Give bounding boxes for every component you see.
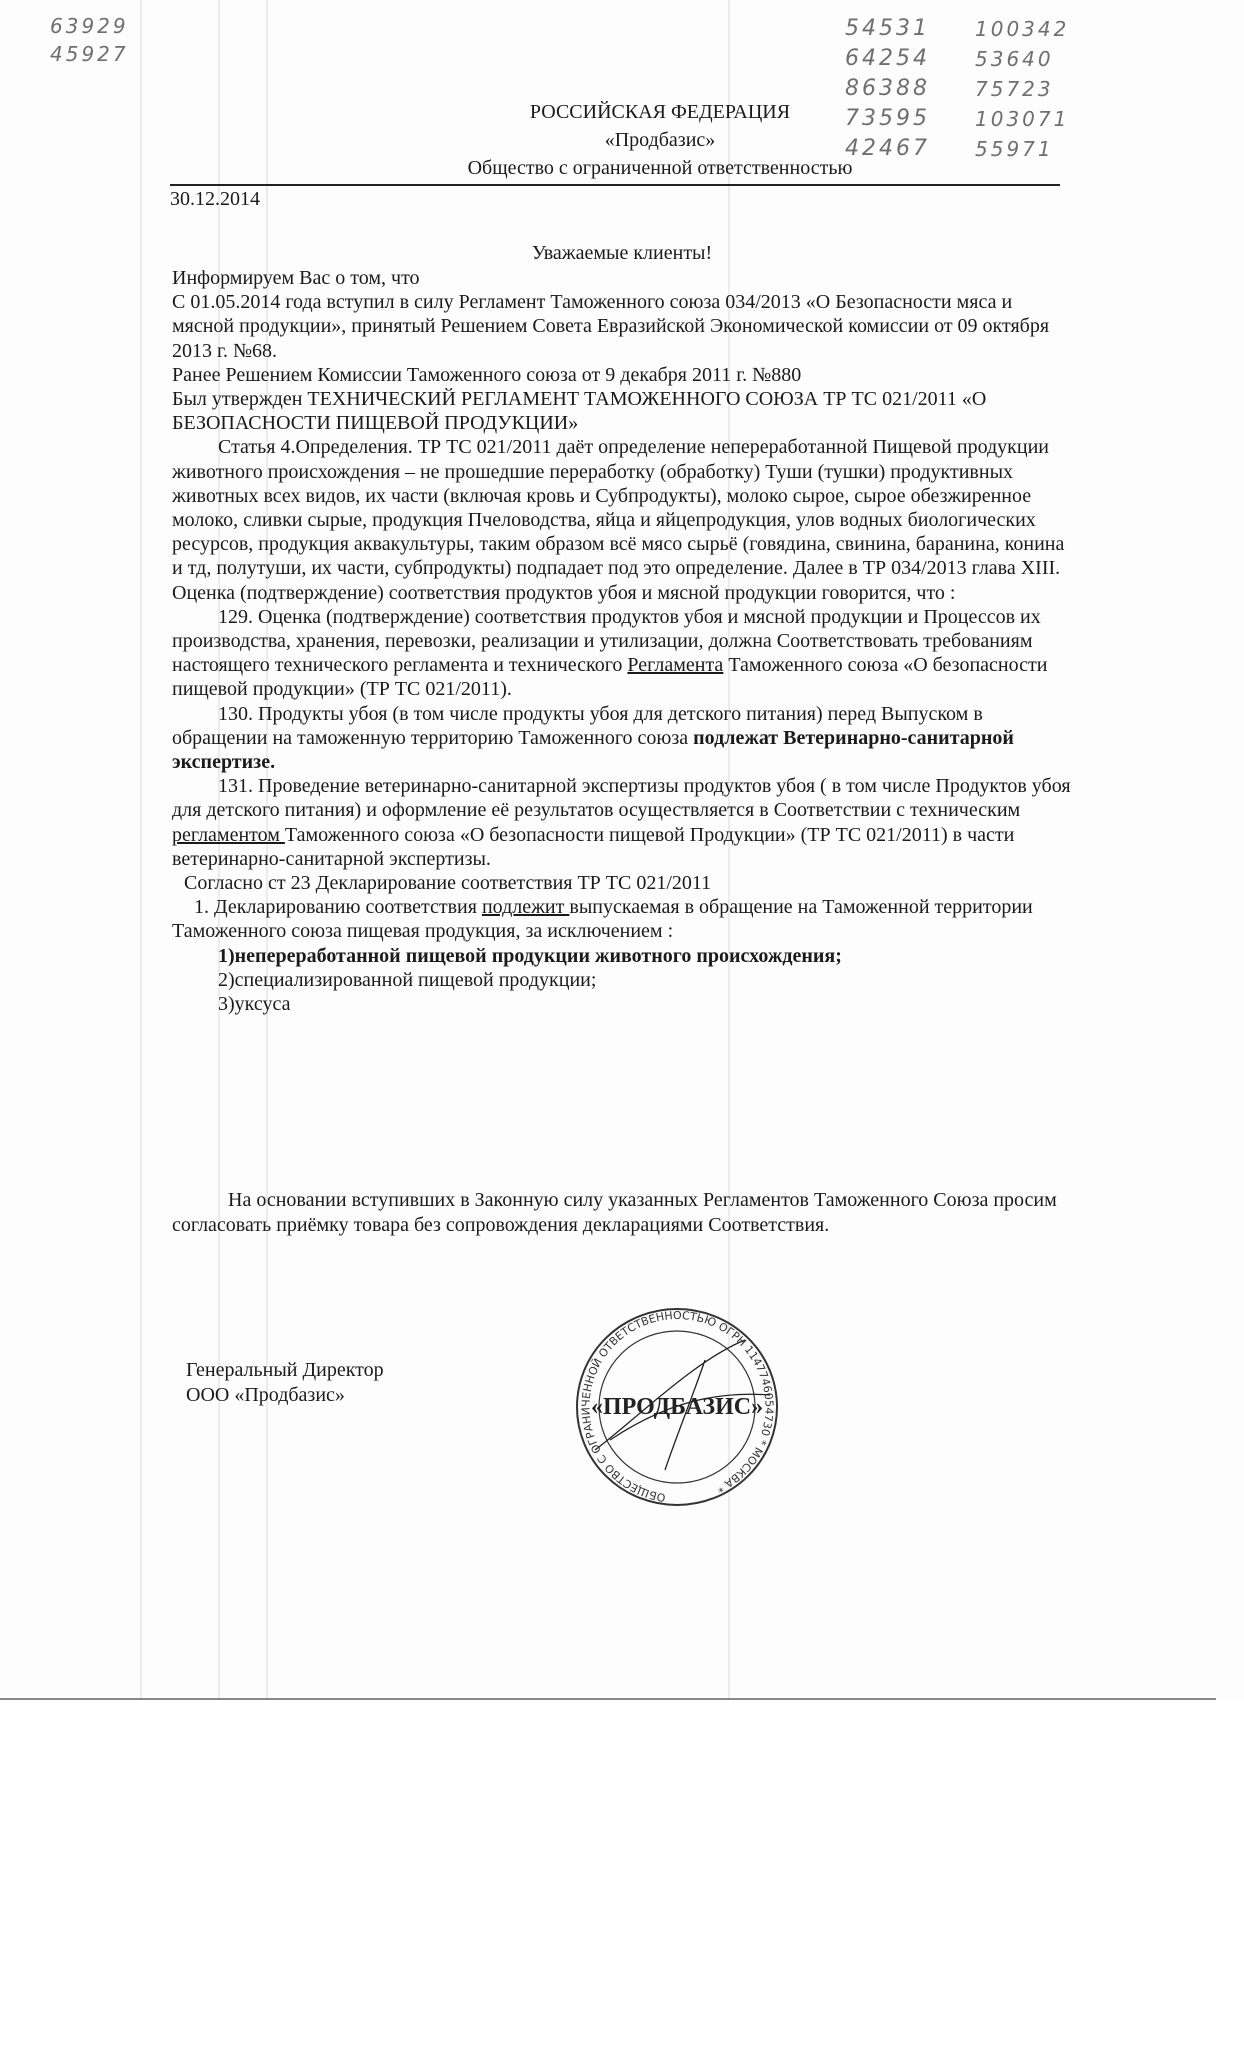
paragraph-article-4: Статья 4.Определения. ТР ТС 021/2011 даё… [172, 435, 1072, 604]
header-divider [170, 184, 1060, 186]
signatory-org: ООО «Продбазис» [186, 1383, 384, 1408]
company-seal-icon: ОБЩЕСТВО С ОГРАНИЧЕННОЙ ОТВЕТСТВЕННОСТЬЮ… [555, 1300, 800, 1510]
signatory-title: Генеральный Директор [186, 1358, 384, 1383]
paragraph-regulation-034: С 01.05.2014 года вступил в силу Регламе… [172, 290, 1072, 363]
page-edge [0, 1698, 1216, 1700]
intro: Информируем Вас о том, что [172, 266, 1072, 290]
scanned-page: 63929 45927 54531 64254 86388 73595 4246… [0, 0, 1244, 1700]
letter-body: Информируем Вас о том, что С 01.05.2014 … [172, 266, 1072, 1016]
letterhead-legal-form: Общество с ограниченной ответственностью [300, 154, 1020, 182]
svg-text:«ПРОДБАЗИС»: «ПРОДБАЗИС» [591, 1394, 763, 1420]
letterhead: РОССИЙСКАЯ ФЕДЕРАЦИЯ «Продбазис» Обществ… [300, 98, 1020, 182]
paragraph-130: 130. Продукты убоя (в том числе продукты… [172, 702, 1072, 775]
paragraph-129: 129. Оценка (подтверждение) соответствия… [172, 605, 1072, 702]
handwritten-numbers-left: 63929 45927 [50, 12, 129, 68]
signature-block: Генеральный Директор ООО «Продбазис» [186, 1358, 384, 1408]
exception-item-1: 1)непереработанной пищевой продукции жив… [172, 944, 1072, 968]
letterhead-country: РОССИЙСКАЯ ФЕДЕРАЦИЯ [300, 98, 1020, 126]
paragraph-131: 131. Проведение ветеринарно-санитарной э… [172, 774, 1072, 871]
letterhead-company: «Продбазис» [300, 126, 1020, 154]
paragraph-declaration: 1. Декларированию соответствия подлежит … [172, 895, 1072, 943]
paragraph-decision-880: Ранее Решением Комиссии Таможенного союз… [172, 363, 1072, 387]
paragraph-tr-021: Был утвержден ТЕХНИЧЕСКИЙ РЕГЛАМЕНТ ТАМО… [172, 387, 1072, 435]
closing-paragraph: На основании вступивших в Законную силу … [172, 1188, 1072, 1238]
greeting: Уважаемые клиенты! [0, 242, 1244, 265]
exception-item-3: 3)уксуса [172, 992, 1072, 1016]
letter-date: 30.12.2014 [170, 188, 260, 211]
paragraph-article-23: Согласно ст 23 Декларирование соответств… [172, 871, 1072, 895]
exception-item-2: 2)специализированной пищевой продукции; [172, 968, 1072, 992]
